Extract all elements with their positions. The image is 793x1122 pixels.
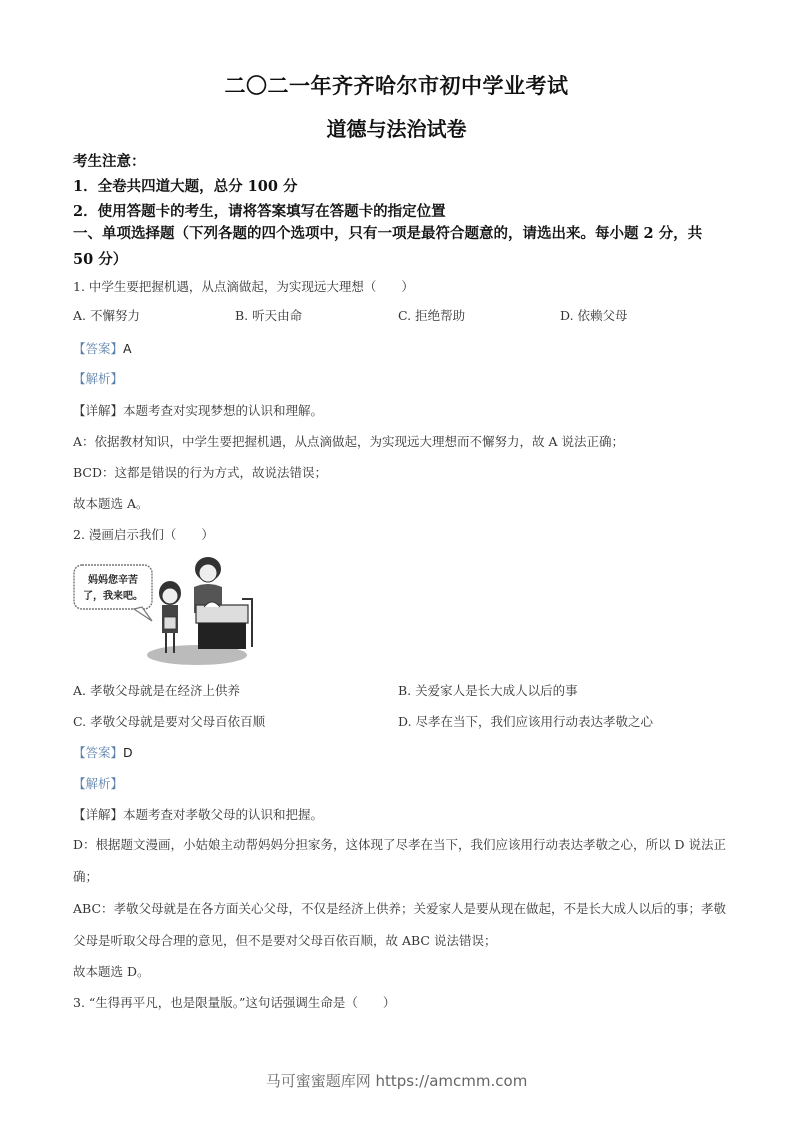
analysis-line: 【解析】 (73, 774, 123, 792)
notice-item: 1．全卷共四道大题，总分 100 分 (73, 175, 297, 196)
explanation-line: 故本题选 D。 (73, 962, 150, 980)
answer-line: 【答案】D (73, 743, 133, 761)
option-c: C. 孝敬父母就是要对父母百依百顺 (73, 712, 265, 730)
notice-item: 2．使用答题卡的考生，请将答案填写在答题卡的指定位置 (73, 200, 446, 221)
detail-intro: 本题考查对孝敬父母的认识和把握。 (123, 807, 323, 822)
svg-text:了，我来吧。: 了，我来吧。 (83, 589, 143, 602)
cartoon-image-icon: 妈妈您辛苦 了，我来吧。 (72, 555, 262, 667)
exam-title: 二〇二一年齐齐哈尔市初中学业考试 (0, 70, 793, 100)
option-c: C. 拒绝帮助 (398, 306, 465, 324)
analysis-line: 【解析】 (73, 369, 123, 387)
detail-label: 【详解】 (73, 807, 123, 822)
option-d: D. 依赖父母 (560, 306, 628, 324)
detail-line: 【详解】本题考查对实现梦想的认识和理解。 (73, 401, 323, 419)
explanation-line: 故本题选 A。 (73, 494, 149, 512)
analysis-label: 【解析】 (73, 776, 123, 791)
question-stem: 3. “生得再平凡，也是限量版。”这句话强调生命是（ ） (73, 993, 395, 1011)
question-stem: 1. 中学生要把握机遇，从点滴做起，为实现远大理想（ ） (73, 277, 414, 295)
answer-value: D (123, 745, 133, 760)
exam-subtitle: 道德与法治试卷 (0, 113, 793, 142)
option-a: A. 不懈努力 (73, 306, 140, 324)
option-d: D. 尽孝在当下，我们应该用行动表达孝敬之心 (398, 712, 653, 730)
detail-line: 【详解】本题考查对孝敬父母的认识和把握。 (73, 805, 323, 823)
option-b: B. 听天由命 (235, 306, 302, 324)
svg-text:妈妈您辛苦: 妈妈您辛苦 (88, 573, 138, 586)
section-heading: 一、单项选择题（下列各题的四个选项中，只有一项是最符合题意的，请选出来。每小题 … (73, 221, 723, 273)
exam-page: 二〇二一年齐齐哈尔市初中学业考试 道德与法治试卷 考生注意： 1．全卷共四道大题… (0, 0, 793, 1122)
analysis-label: 【解析】 (73, 371, 123, 386)
answer-label: 【答案】 (73, 745, 123, 760)
detail-label: 【详解】 (73, 403, 123, 418)
answer-value: A (123, 341, 132, 356)
explanation-line: ABC：孝敬父母就是在各方面关心父母，不仅是经济上供养；关爱家人是要从现在做起，… (73, 893, 728, 957)
explanation-line: BCD：这都是错误的行为方式，故说法错误； (73, 463, 327, 481)
answer-label: 【答案】 (73, 341, 123, 356)
option-a: A. 孝敬父母就是在经济上供养 (73, 681, 240, 699)
footer-watermark: 马可蜜蜜题库网 https://amcmm.com (0, 1070, 793, 1091)
answer-line: 【答案】A (73, 339, 132, 357)
notice-heading: 考生注意： (73, 150, 146, 171)
explanation-line: D：根据题文漫画，小姑娘主动帮妈妈分担家务，这体现了尽孝在当下，我们应该用行动表… (73, 829, 728, 893)
detail-intro: 本题考查对实现梦想的认识和理解。 (123, 403, 323, 418)
explanation-line: A：依据教材知识，中学生要把握机遇，从点滴做起，为实现远大理想而不懈努力，故 A… (73, 432, 624, 450)
option-b: B. 关爱家人是长大成人以后的事 (398, 681, 578, 699)
question-stem: 2. 漫画启示我们（ ） (73, 525, 214, 543)
